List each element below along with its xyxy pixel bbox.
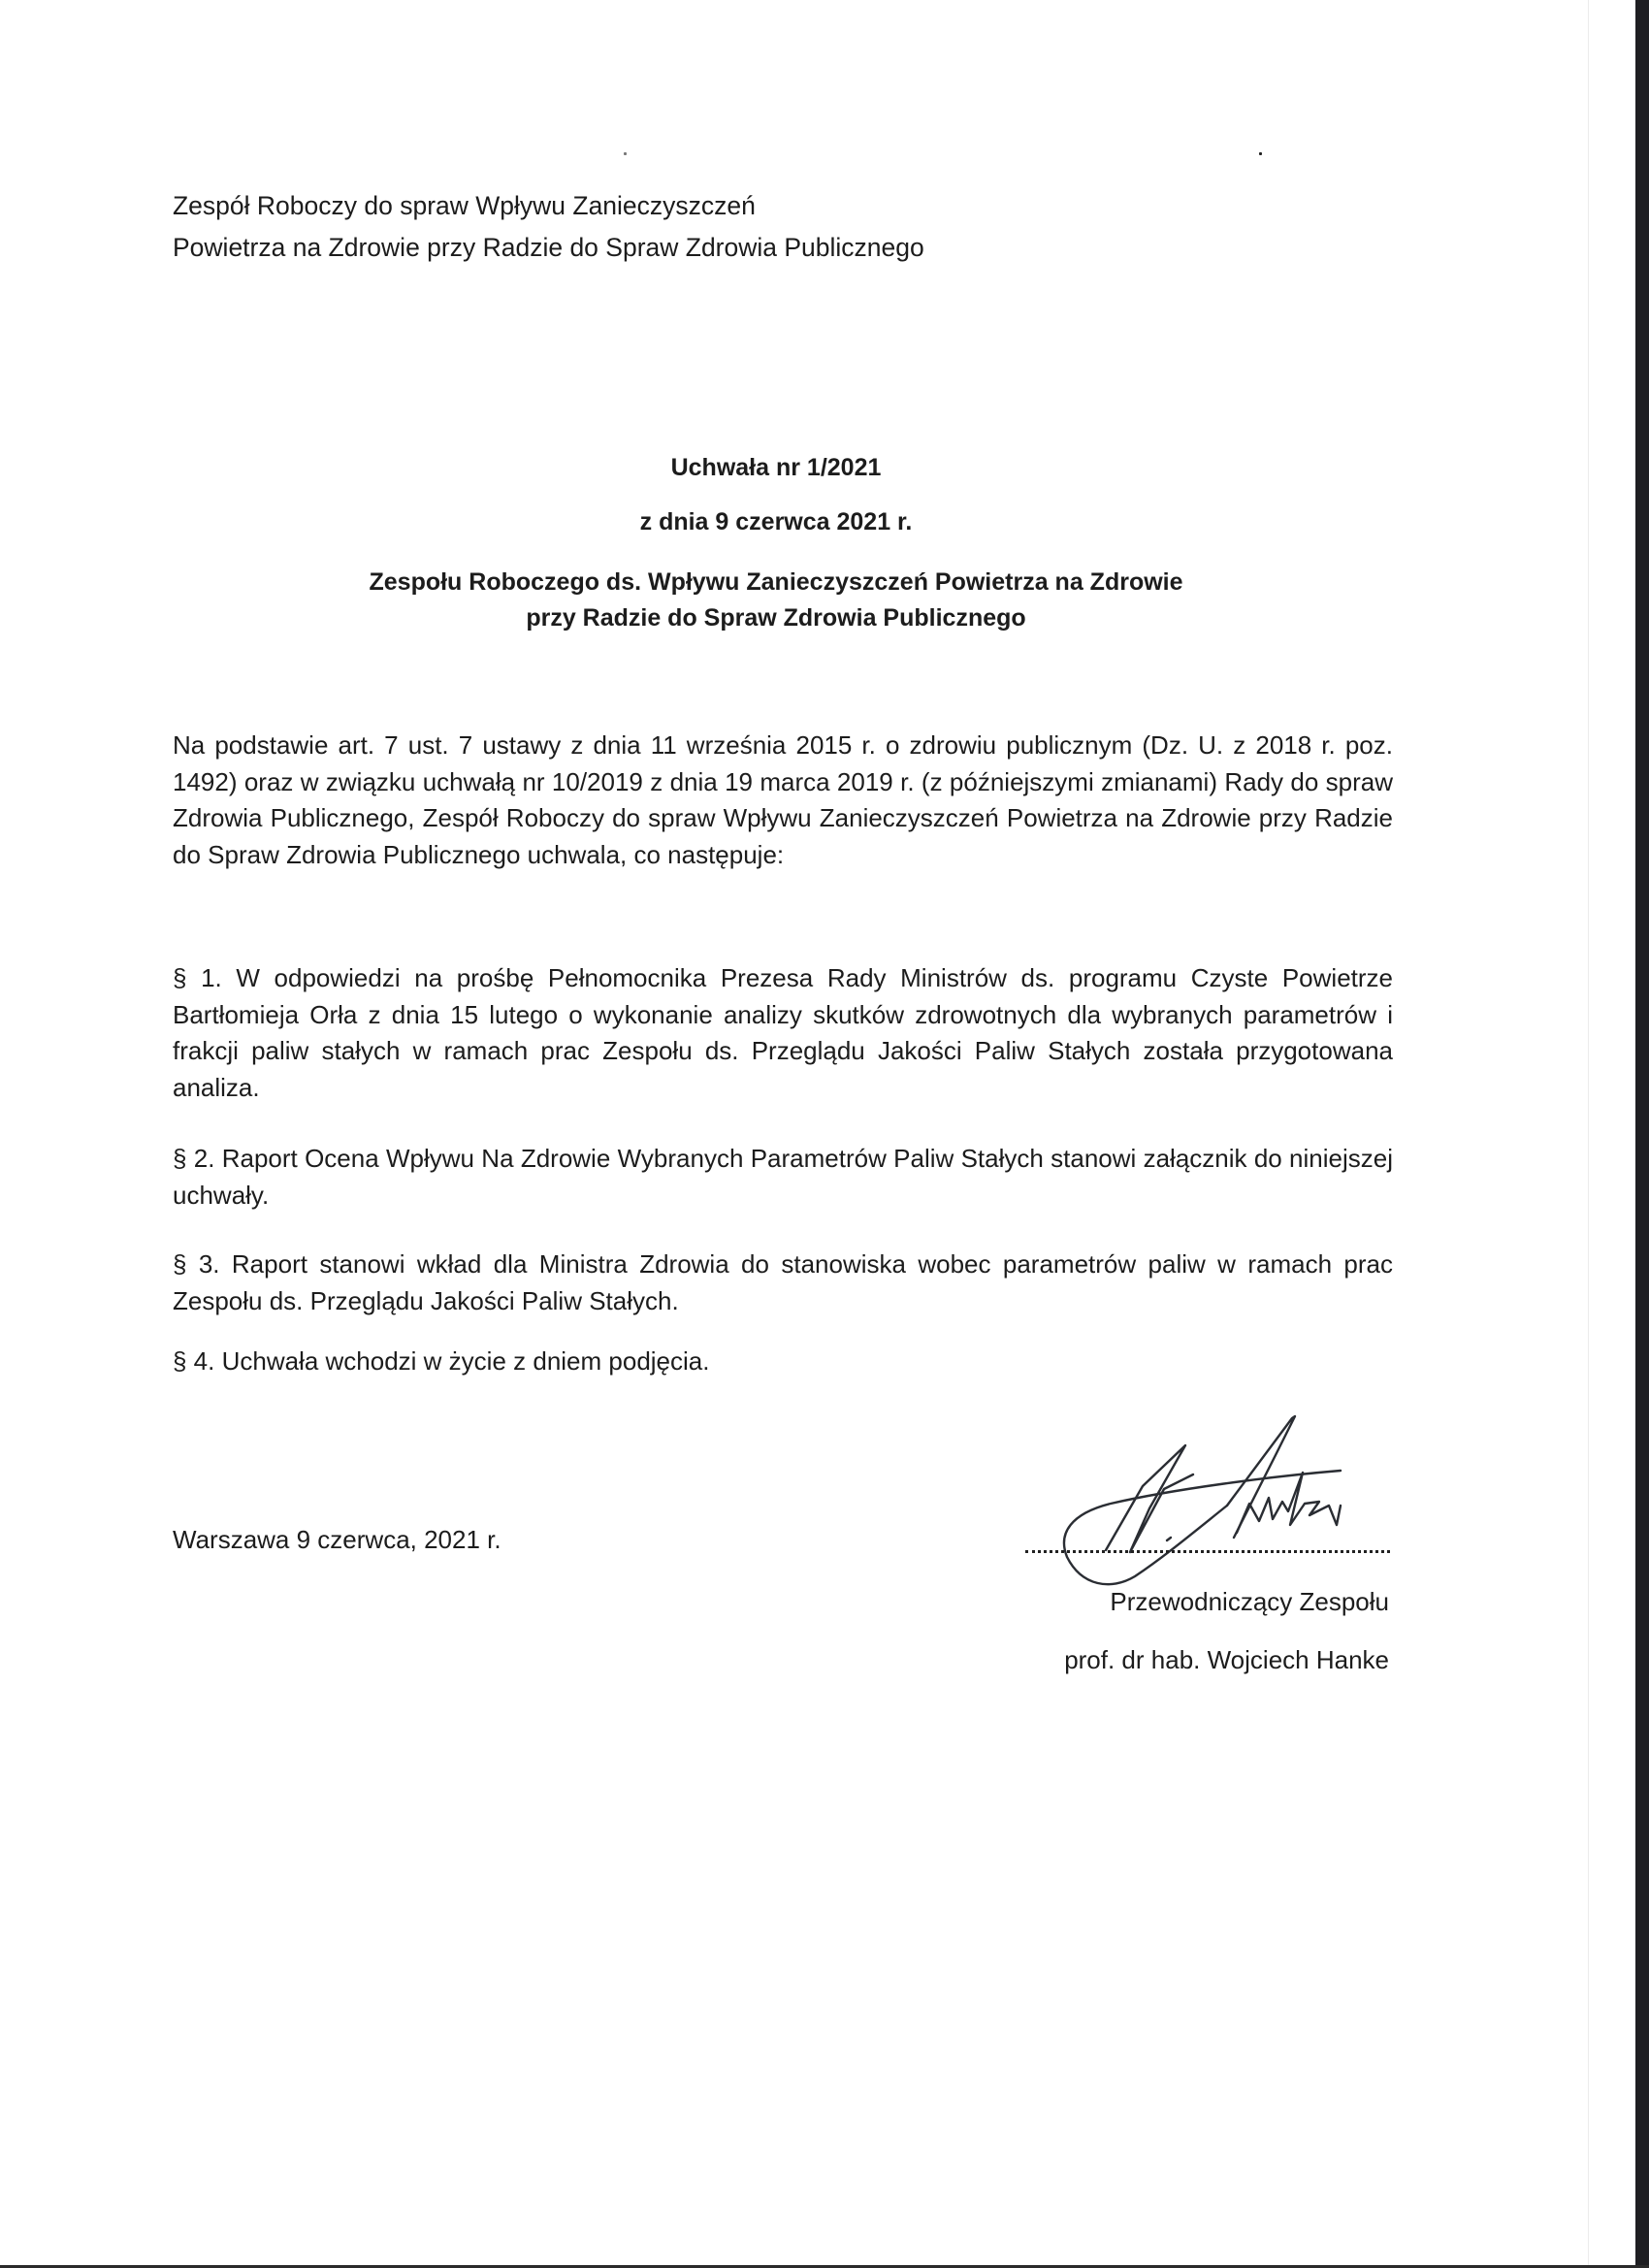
resolution-body-line-1: Zespołu Roboczego ds. Wpływu Zanieczyszc… <box>0 564 1552 600</box>
signature-line <box>1025 1550 1390 1553</box>
document-page: Zespół Roboczy do spraw Wpływu Zanieczys… <box>0 0 1649 2268</box>
issuer-line-2: Powietrza na Zdrowie przy Radzie do Spra… <box>173 229 924 266</box>
preamble-paragraph: Na podstawie art. 7 ust. 7 ustawy z dnia… <box>173 728 1393 873</box>
place-date: Warszawa 9 czerwca, 2021 r. <box>173 1521 501 1558</box>
section-3: § 3. Raport stanowi wkład dla Ministra Z… <box>173 1247 1393 1319</box>
scan-speck <box>624 152 627 155</box>
section-4: § 4. Uchwała wchodzi w życie z dniem pod… <box>173 1344 1393 1380</box>
resolution-date: z dnia 9 czerwca 2021 r. <box>0 503 1552 540</box>
signature-icon <box>1028 1397 1416 1591</box>
scan-speck <box>1259 152 1262 155</box>
resolution-number: Uchwała nr 1/2021 <box>0 449 1552 486</box>
scan-artifact-line <box>1588 0 1589 2268</box>
signatory-name: prof. dr hab. Wojciech Hanke <box>1064 1645 1389 1675</box>
section-2: § 2. Raport Ocena Wpływu Na Zdrowie Wybr… <box>173 1141 1393 1214</box>
scan-edge-right <box>1635 0 1649 2268</box>
signatory-role: Przewodniczący Zespołu <box>1110 1587 1389 1617</box>
resolution-body-line-2: przy Radzie do Spraw Zdrowia Publicznego <box>0 599 1552 636</box>
section-1: § 1. W odpowiedzi na prośbę Pełnomocnika… <box>173 960 1393 1106</box>
issuer-line-1: Zespół Roboczy do spraw Wpływu Zanieczys… <box>173 187 756 224</box>
